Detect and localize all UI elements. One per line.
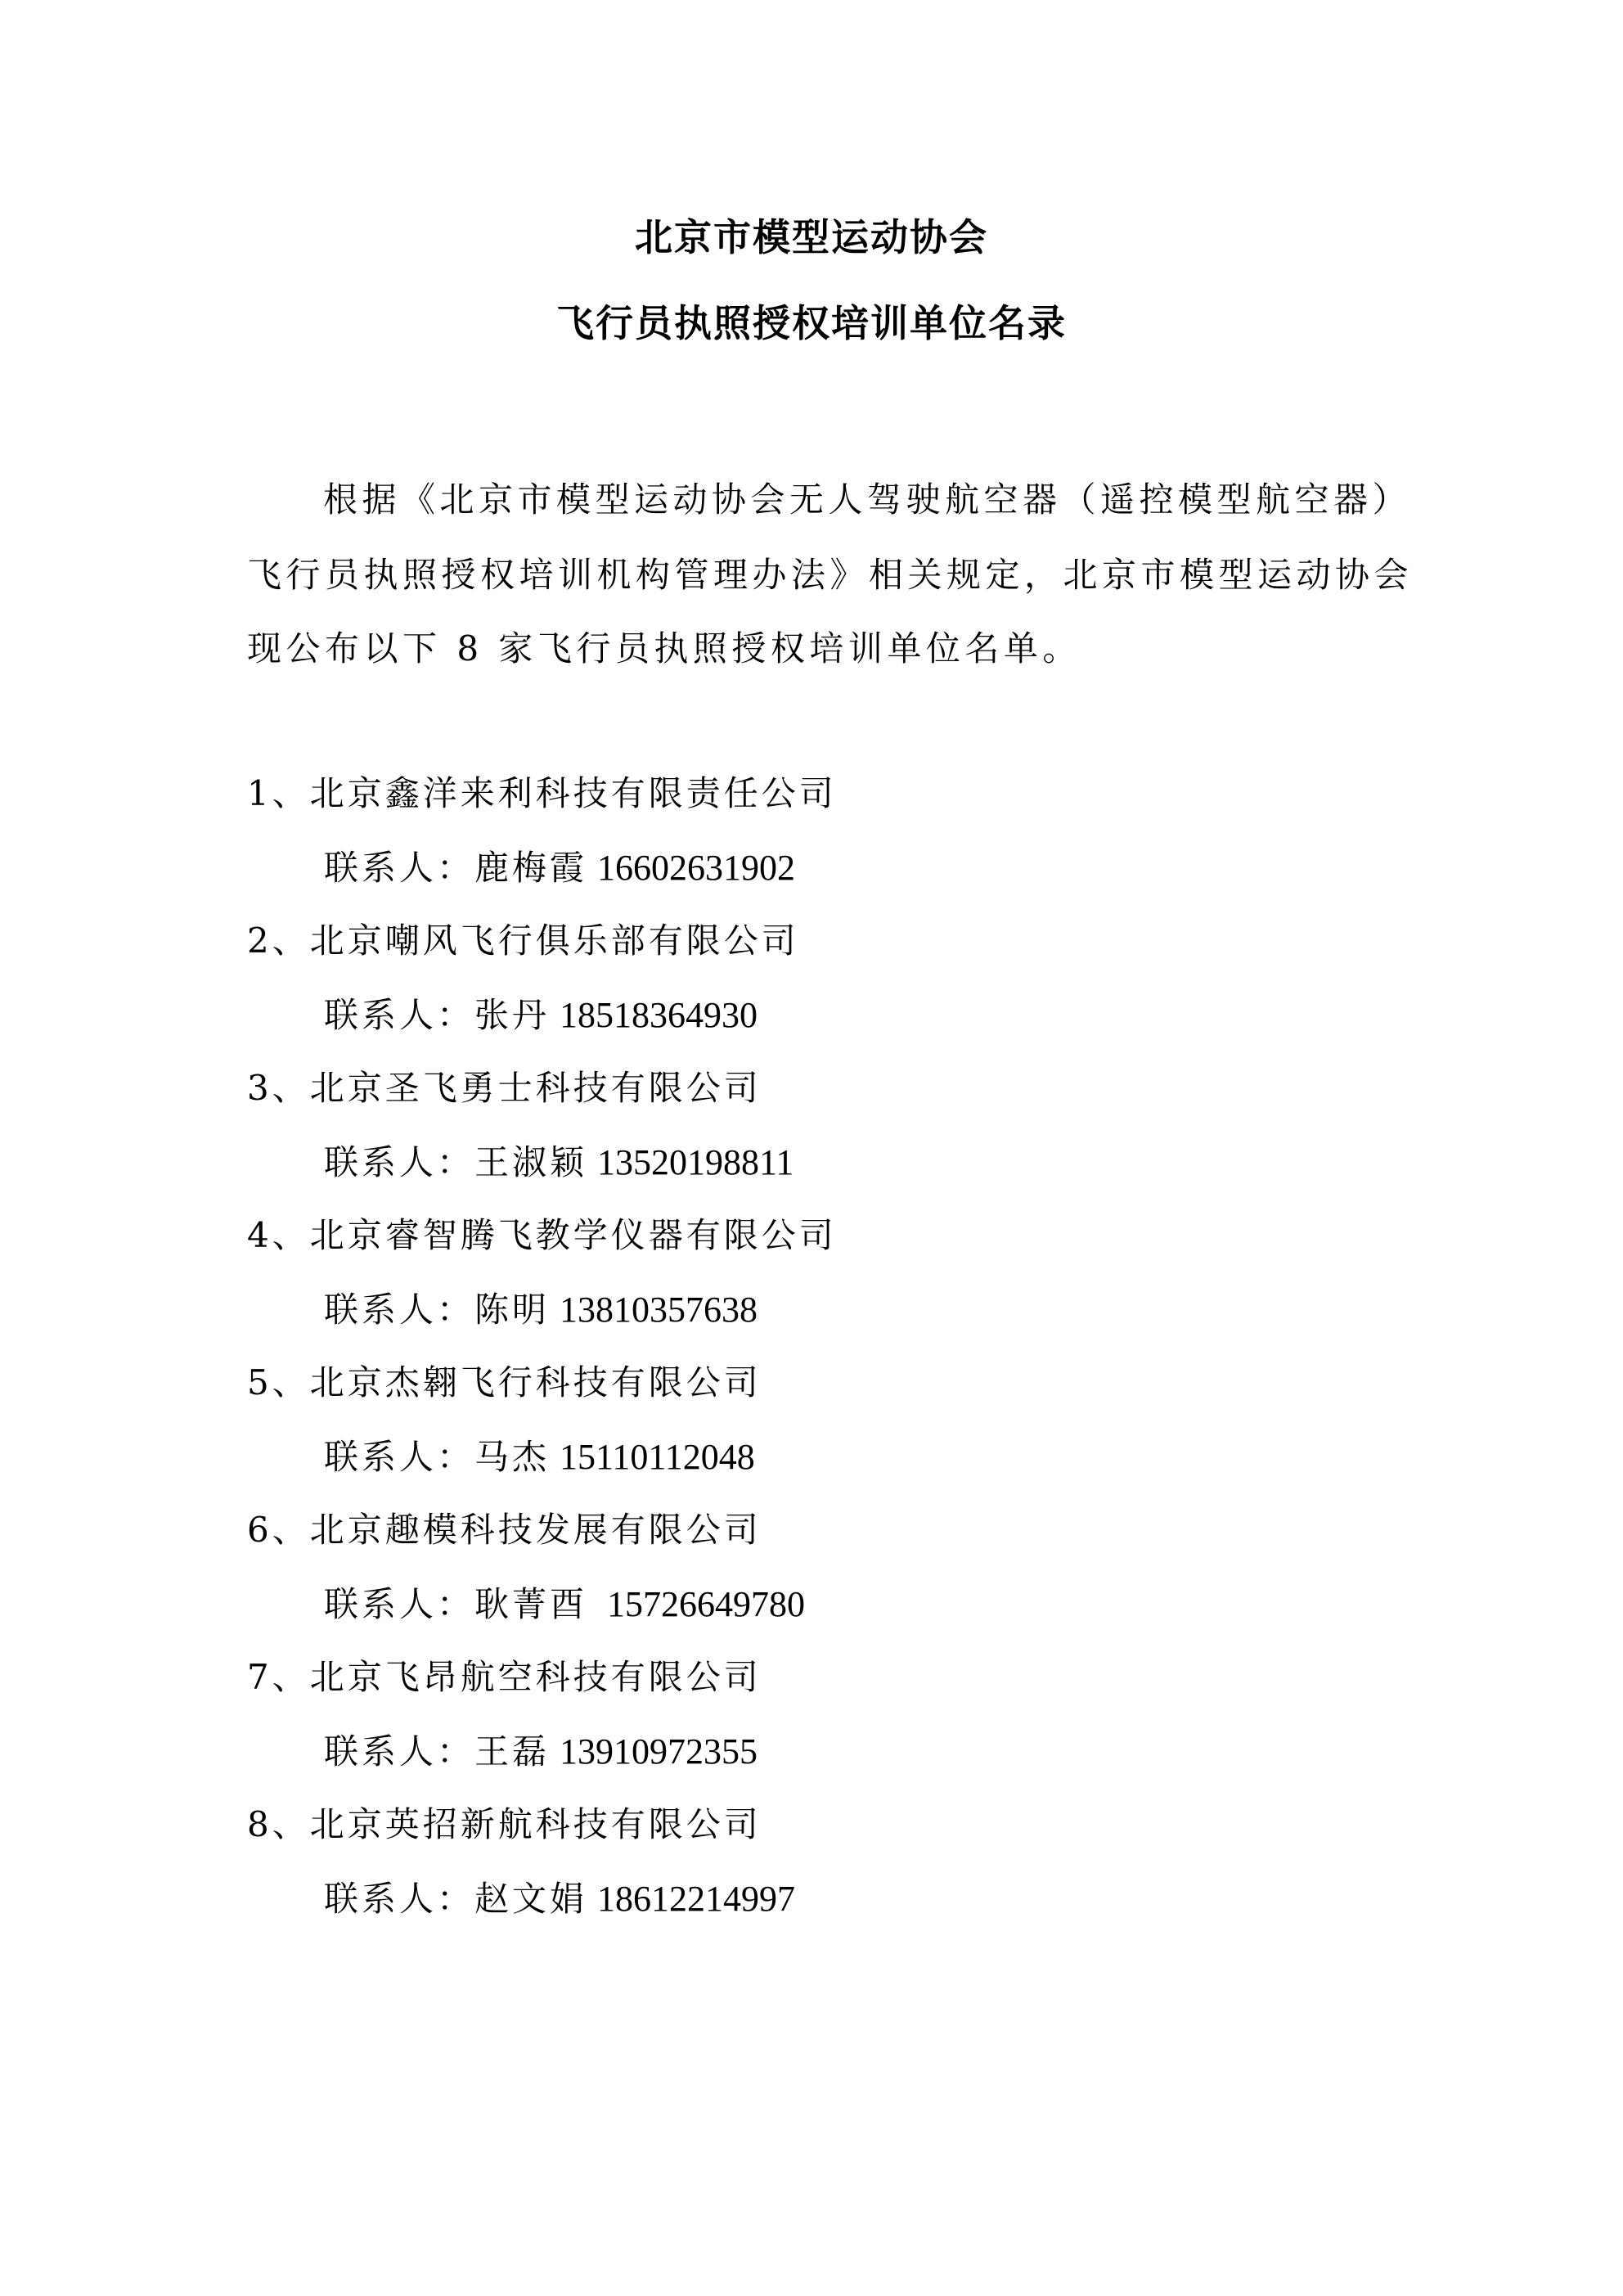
contact-person: 耿菁酉 <box>474 1584 587 1624</box>
unit-contact-8: 联系人：赵文娟18612214997 <box>324 1876 795 1922</box>
intro-line-2: 飞行员执照授权培训机构管理办法》相关规定，北京市模型运动协会 <box>247 552 1413 598</box>
contact-label: 联系人： <box>324 1437 474 1477</box>
unit-number: 1、 <box>247 773 310 813</box>
contact-person: 王磊 <box>474 1731 550 1772</box>
contact-phone: 13910972355 <box>560 1731 758 1772</box>
unit-name: 北京英招新航科技有限公司 <box>310 1804 762 1844</box>
unit-name: 北京睿智腾飞教学仪器有限公司 <box>310 1215 837 1255</box>
unit-number: 3、 <box>247 1068 310 1108</box>
contact-person: 王淑颖 <box>474 1142 587 1182</box>
unit-number: 8、 <box>247 1804 310 1844</box>
unit-number: 2、 <box>247 921 310 961</box>
unit-name: 北京圣飞勇士科技有限公司 <box>310 1068 762 1108</box>
contact-person: 张丹 <box>474 995 550 1035</box>
document-page: 北京市模型运动协会 飞行员执照授权培训单位名录 根据《北京市模型运动协会无人驾驶… <box>0 0 1623 2296</box>
contact-label: 联系人： <box>324 1290 474 1330</box>
contact-label: 联系人： <box>324 1584 474 1624</box>
unit-name-4: 4、北京睿智腾飞教学仪器有限公司 <box>247 1213 837 1258</box>
unit-contact-6: 联系人：耿菁酉15726649780 <box>324 1582 805 1627</box>
unit-name-7: 7、北京飞昂航空科技有限公司 <box>247 1654 762 1700</box>
unit-name: 北京趣模科技发展有限公司 <box>310 1510 762 1550</box>
unit-name-8: 8、北京英招新航科技有限公司 <box>247 1802 762 1848</box>
contact-phone: 15110112048 <box>560 1437 755 1477</box>
contact-phone: 18518364930 <box>560 995 758 1035</box>
contact-person: 马杰 <box>474 1437 550 1477</box>
unit-contact-7: 联系人：王磊13910972355 <box>324 1729 758 1775</box>
unit-name: 北京杰翱飞行科技有限公司 <box>310 1362 762 1402</box>
document-title-line2: 飞行员执照授权培训单位名录 <box>0 299 1623 348</box>
intro-line-1: 根据《北京市模型运动协会无人驾驶航空器（遥控模型航空器） <box>323 477 1411 523</box>
contact-person: 陈明 <box>474 1290 550 1330</box>
unit-name-5: 5、北京杰翱飞行科技有限公司 <box>247 1360 762 1406</box>
contact-phone: 15726649780 <box>607 1584 805 1624</box>
unit-name: 北京鑫洋来利科技有限责任公司 <box>310 773 837 813</box>
unit-number: 7、 <box>247 1657 310 1697</box>
unit-contact-2: 联系人：张丹18518364930 <box>324 993 758 1038</box>
unit-name: 北京嘲风飞行俱乐部有限公司 <box>310 921 799 961</box>
contact-phone: 13520198811 <box>597 1142 794 1182</box>
unit-contact-4: 联系人：陈明13810357638 <box>324 1287 758 1333</box>
contact-label: 联系人： <box>324 848 474 888</box>
unit-contact-1: 联系人：鹿梅霞16602631902 <box>324 845 795 891</box>
contact-label: 联系人： <box>324 1142 474 1182</box>
document-title-line1: 北京市模型运动协会 <box>0 213 1623 262</box>
contact-phone: 18612214997 <box>597 1879 795 1919</box>
contact-label: 联系人： <box>324 1879 474 1919</box>
contact-person: 赵文娟 <box>474 1879 587 1919</box>
contact-label: 联系人： <box>324 995 474 1035</box>
contact-phone: 16602631902 <box>597 848 795 888</box>
unit-contact-3: 联系人：王淑颖13520198811 <box>324 1140 794 1186</box>
unit-name-2: 2、北京嘲风飞行俱乐部有限公司 <box>247 918 799 964</box>
unit-contact-5: 联系人：马杰15110112048 <box>324 1434 755 1480</box>
unit-number: 6、 <box>247 1510 310 1550</box>
contact-person: 鹿梅霞 <box>474 848 587 888</box>
unit-name-3: 3、北京圣飞勇士科技有限公司 <box>247 1065 762 1111</box>
unit-name-1: 1、北京鑫洋来利科技有限责任公司 <box>247 771 837 817</box>
unit-number: 5、 <box>247 1362 310 1402</box>
unit-name-6: 6、北京趣模科技发展有限公司 <box>247 1507 762 1553</box>
contact-phone: 13810357638 <box>560 1290 758 1330</box>
contact-label: 联系人： <box>324 1731 474 1772</box>
unit-number: 4、 <box>247 1215 310 1255</box>
unit-name: 北京飞昂航空科技有限公司 <box>310 1657 762 1697</box>
intro-line-3: 现公布以下 8 家飞行员执照授权培训单位名单。 <box>247 626 1081 672</box>
